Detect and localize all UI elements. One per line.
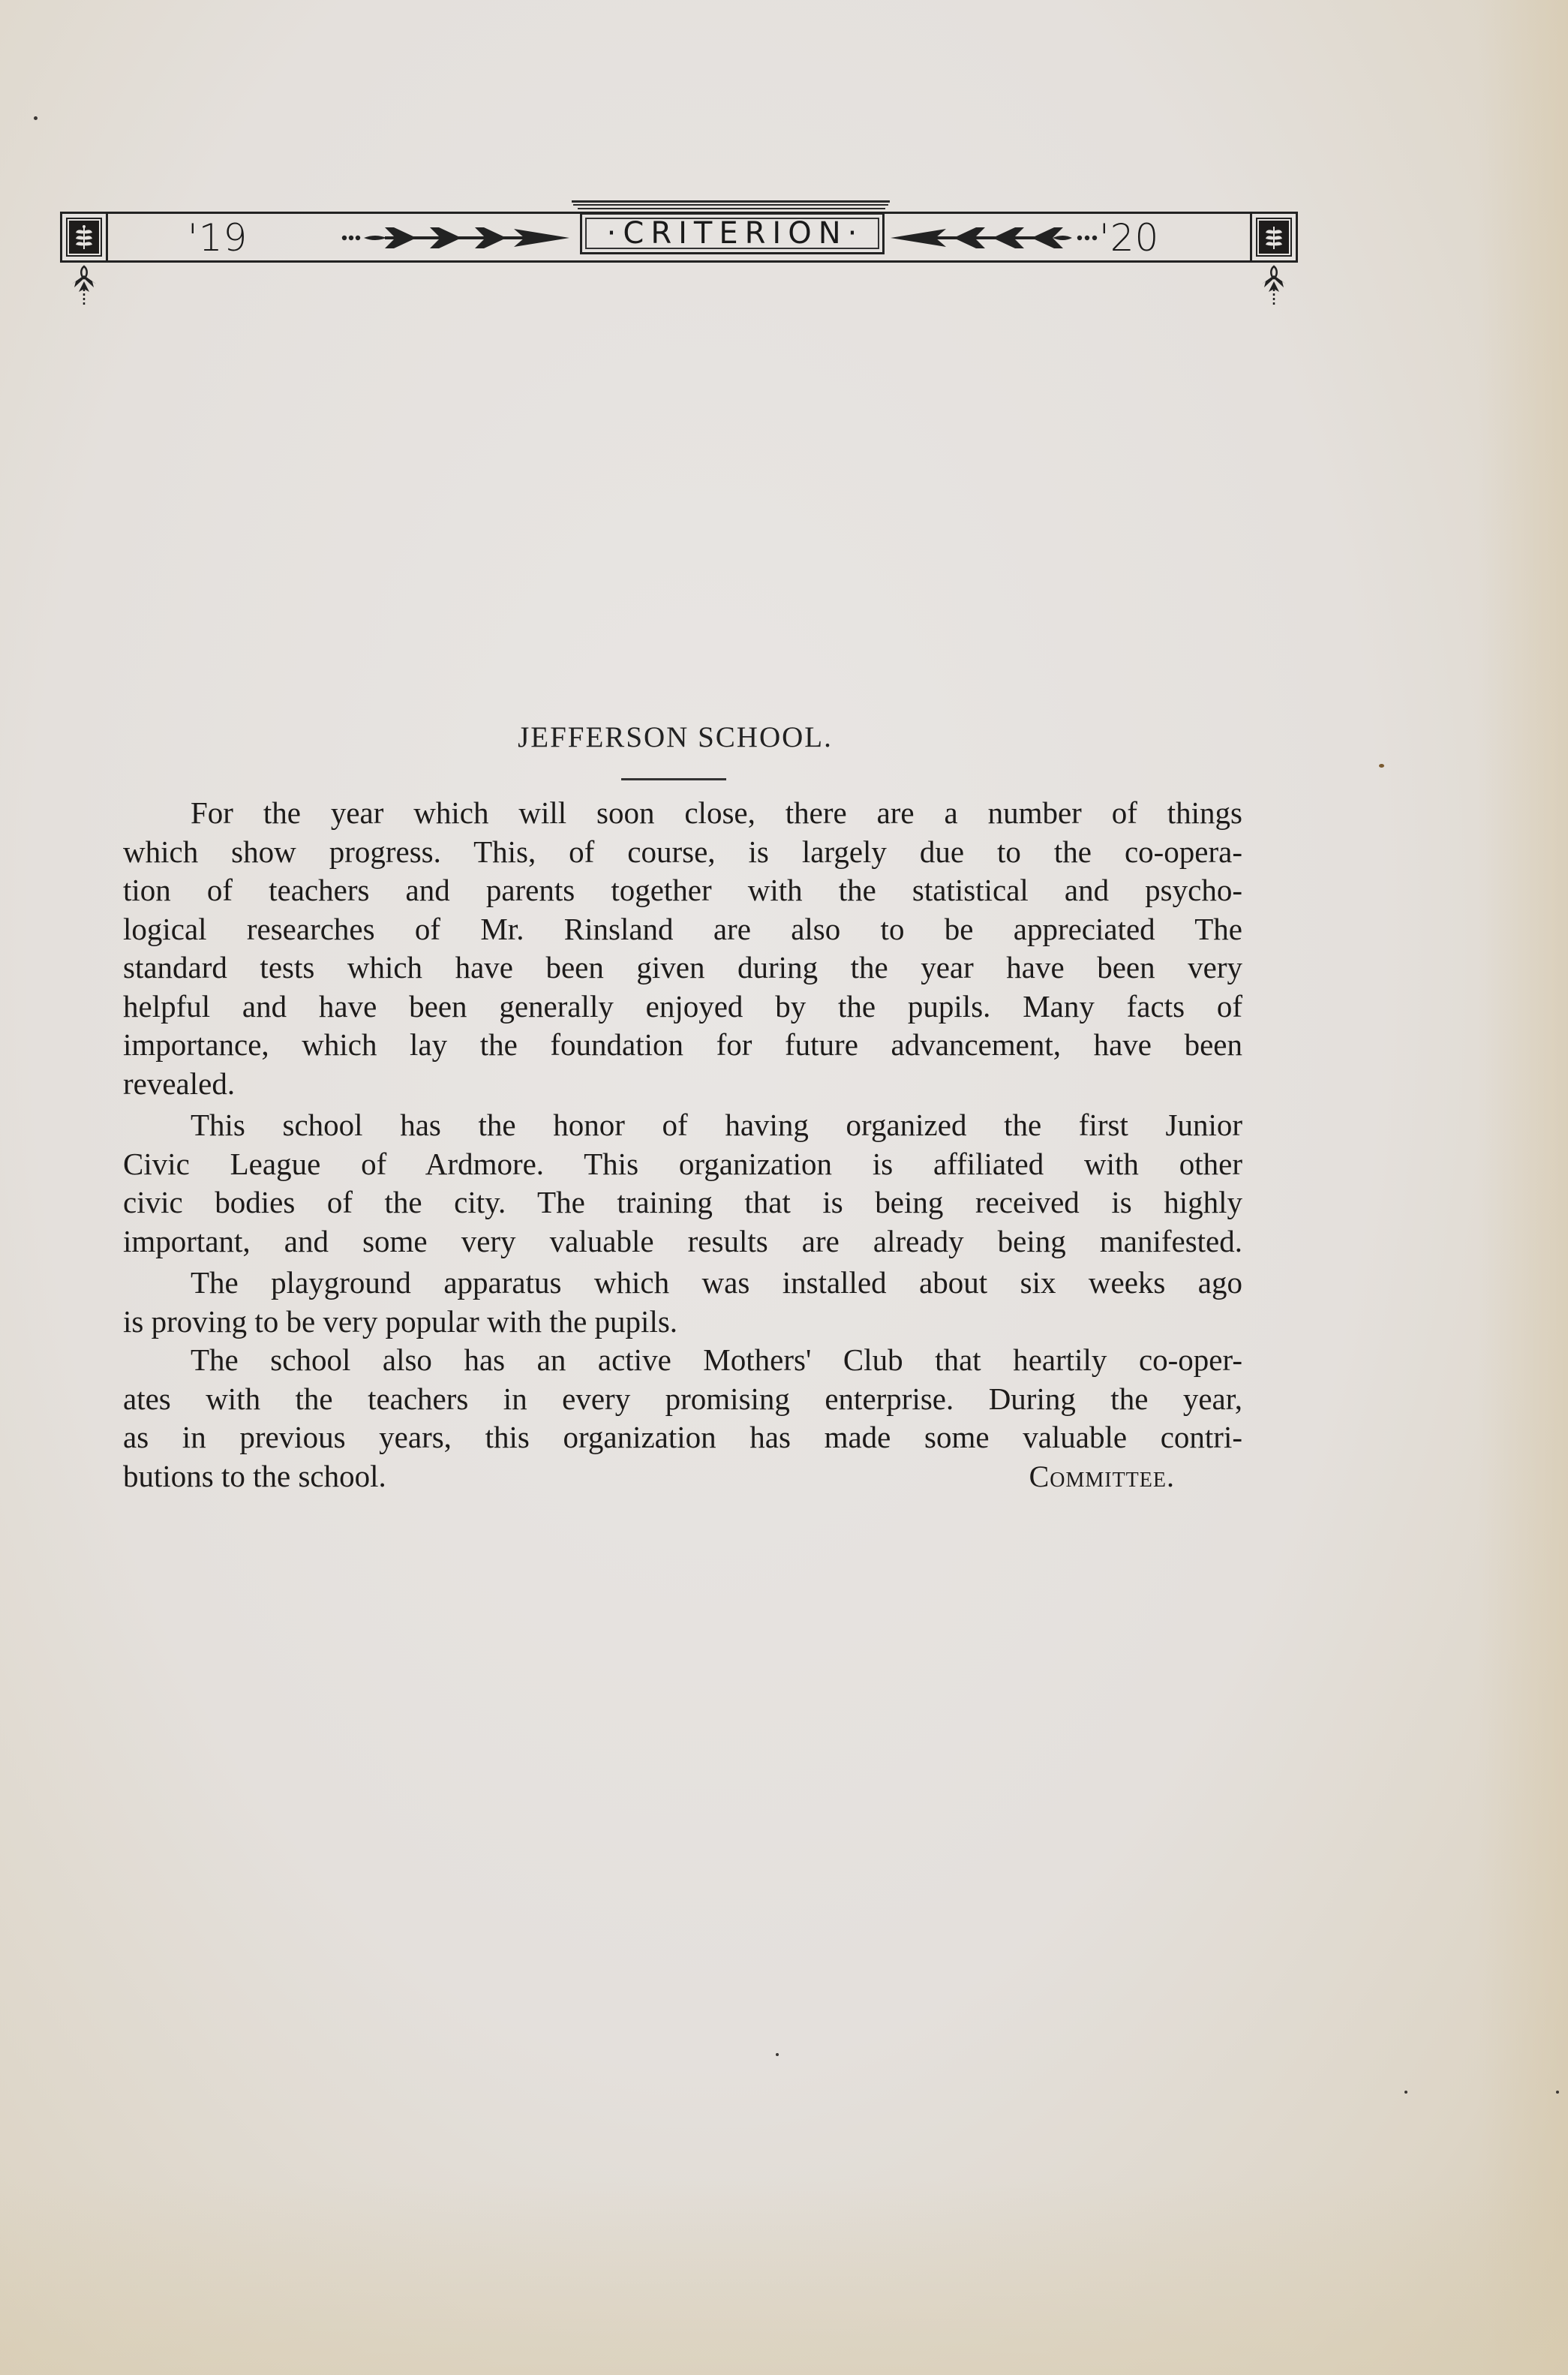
paper-speck bbox=[1379, 764, 1384, 768]
text-line: which show progress. This, of course, is… bbox=[123, 833, 1242, 872]
text-line: butions to the school. bbox=[123, 1457, 386, 1496]
closing-line: butions to the school. Committee. bbox=[123, 1457, 1242, 1496]
text-line: The school also has an active Mothers' C… bbox=[123, 1341, 1242, 1380]
leaf-panel-icon bbox=[60, 212, 108, 263]
paper-speck bbox=[1404, 2091, 1407, 2094]
criterion-title-plate: ·CRITERION· bbox=[576, 200, 899, 263]
pendant-ornament-icon bbox=[1255, 265, 1293, 310]
page-bottom-shading bbox=[0, 2180, 1568, 2375]
text-line: is proving to be very popular with the p… bbox=[123, 1303, 1242, 1342]
text-line: civic bodies of the city. The training t… bbox=[123, 1183, 1242, 1222]
text-line: importance, which lay the foundation for… bbox=[123, 1026, 1242, 1065]
paragraph: The school also has an active Mothers' C… bbox=[123, 1341, 1242, 1496]
text-line: logical researches of Mr. Rinsland are a… bbox=[123, 910, 1242, 949]
heading-divider bbox=[621, 778, 726, 780]
publication-title: ·CRITERION· bbox=[601, 218, 864, 248]
text-line: For the year which will soon close, ther… bbox=[123, 794, 1242, 833]
text-line: The playground apparatus which was insta… bbox=[123, 1264, 1242, 1303]
paragraph: For the year which will soon close, ther… bbox=[123, 794, 1242, 1103]
text-line: important, and some very valuable result… bbox=[123, 1222, 1242, 1261]
text-line: This school has the honor of having orga… bbox=[123, 1106, 1242, 1145]
text-line: standard tests which have been given dur… bbox=[123, 948, 1242, 988]
paper-speck bbox=[34, 116, 38, 120]
paragraph: The playground apparatus which was insta… bbox=[123, 1264, 1242, 1341]
page-edge-shading bbox=[1478, 0, 1568, 2375]
leaf-panel-icon bbox=[1250, 212, 1298, 263]
text-line: as in previous years, this organization … bbox=[123, 1418, 1242, 1457]
signature: Committee. bbox=[1029, 1457, 1175, 1496]
article-heading: JEFFERSON SCHOOL. bbox=[0, 720, 1350, 754]
text-line: ates with the teachers in every promisin… bbox=[123, 1380, 1242, 1419]
text-line: revealed. bbox=[123, 1065, 1242, 1104]
year-right: '20 bbox=[1099, 217, 1159, 259]
year-left: '19 bbox=[188, 217, 248, 259]
article-body: For the year which will soon close, ther… bbox=[123, 794, 1242, 1496]
pendant-ornament-icon bbox=[65, 265, 103, 310]
paper-speck bbox=[776, 2053, 779, 2056]
text-line: tion of teachers and parents together wi… bbox=[123, 871, 1242, 910]
paper-speck bbox=[1556, 2091, 1559, 2094]
text-line: helpful and have been generally enjoyed … bbox=[123, 988, 1242, 1027]
criterion-header-banner: '19 ·CRITERION· '20 bbox=[60, 212, 1298, 263]
arrow-left-ornament-icon bbox=[889, 224, 1107, 251]
arrow-right-ornament-icon bbox=[341, 224, 574, 251]
paragraph: This school has the honor of having orga… bbox=[123, 1106, 1242, 1261]
text-line: Civic League of Ardmore. This organizati… bbox=[123, 1145, 1242, 1184]
